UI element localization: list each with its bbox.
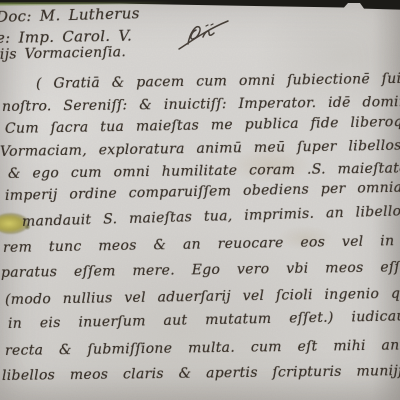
manuscript-line: paratus eſſem mere. Ego vero vbi meos eſ…: [1, 259, 400, 283]
manuscript-line: (modo nullius vel aduerſarij vel ſcioli …: [5, 286, 400, 310]
paraph-flourish-icon: [176, 18, 232, 52]
manuscript-line: rem tunc meos & an reuocare eos vel in e…: [3, 233, 400, 258]
header-line-place: tijs Vormacienſia.: [0, 44, 126, 64]
manuscript-line: libellos meos claris & apertis ſcripturi…: [2, 363, 400, 386]
manuscript-line: in eis inuerſum aut mutatum eſſet.) iudi…: [8, 308, 400, 333]
manuscript-line: noſtro. Sereniſſ: & inuictiſſ: Imperator…: [2, 94, 400, 117]
manuscript-line: ( Gratiā & pacem cum omni ſubiectionē ſu…: [36, 70, 400, 94]
manuscript-line: recta & ſubmiſſione multa. cum eſt mihi …: [5, 337, 400, 360]
manuscript-line: Vormaciam, exploratura animū meū ſuper l…: [0, 137, 400, 161]
manuscript-line: mandauit S. maieſtas tua, imprimis. an l…: [22, 203, 400, 232]
manuscript-line: imperij ordine comparuiſſem obediens per…: [5, 179, 400, 206]
manuscript-line: Cum ſacra tua maieſtas me publica fide l…: [5, 113, 400, 139]
manuscript-photo: Doc: M. Lutherus e: Imp. Carol. V. tijs …: [0, 0, 400, 400]
header-line-author: Doc: M. Lutherus: [0, 4, 140, 27]
